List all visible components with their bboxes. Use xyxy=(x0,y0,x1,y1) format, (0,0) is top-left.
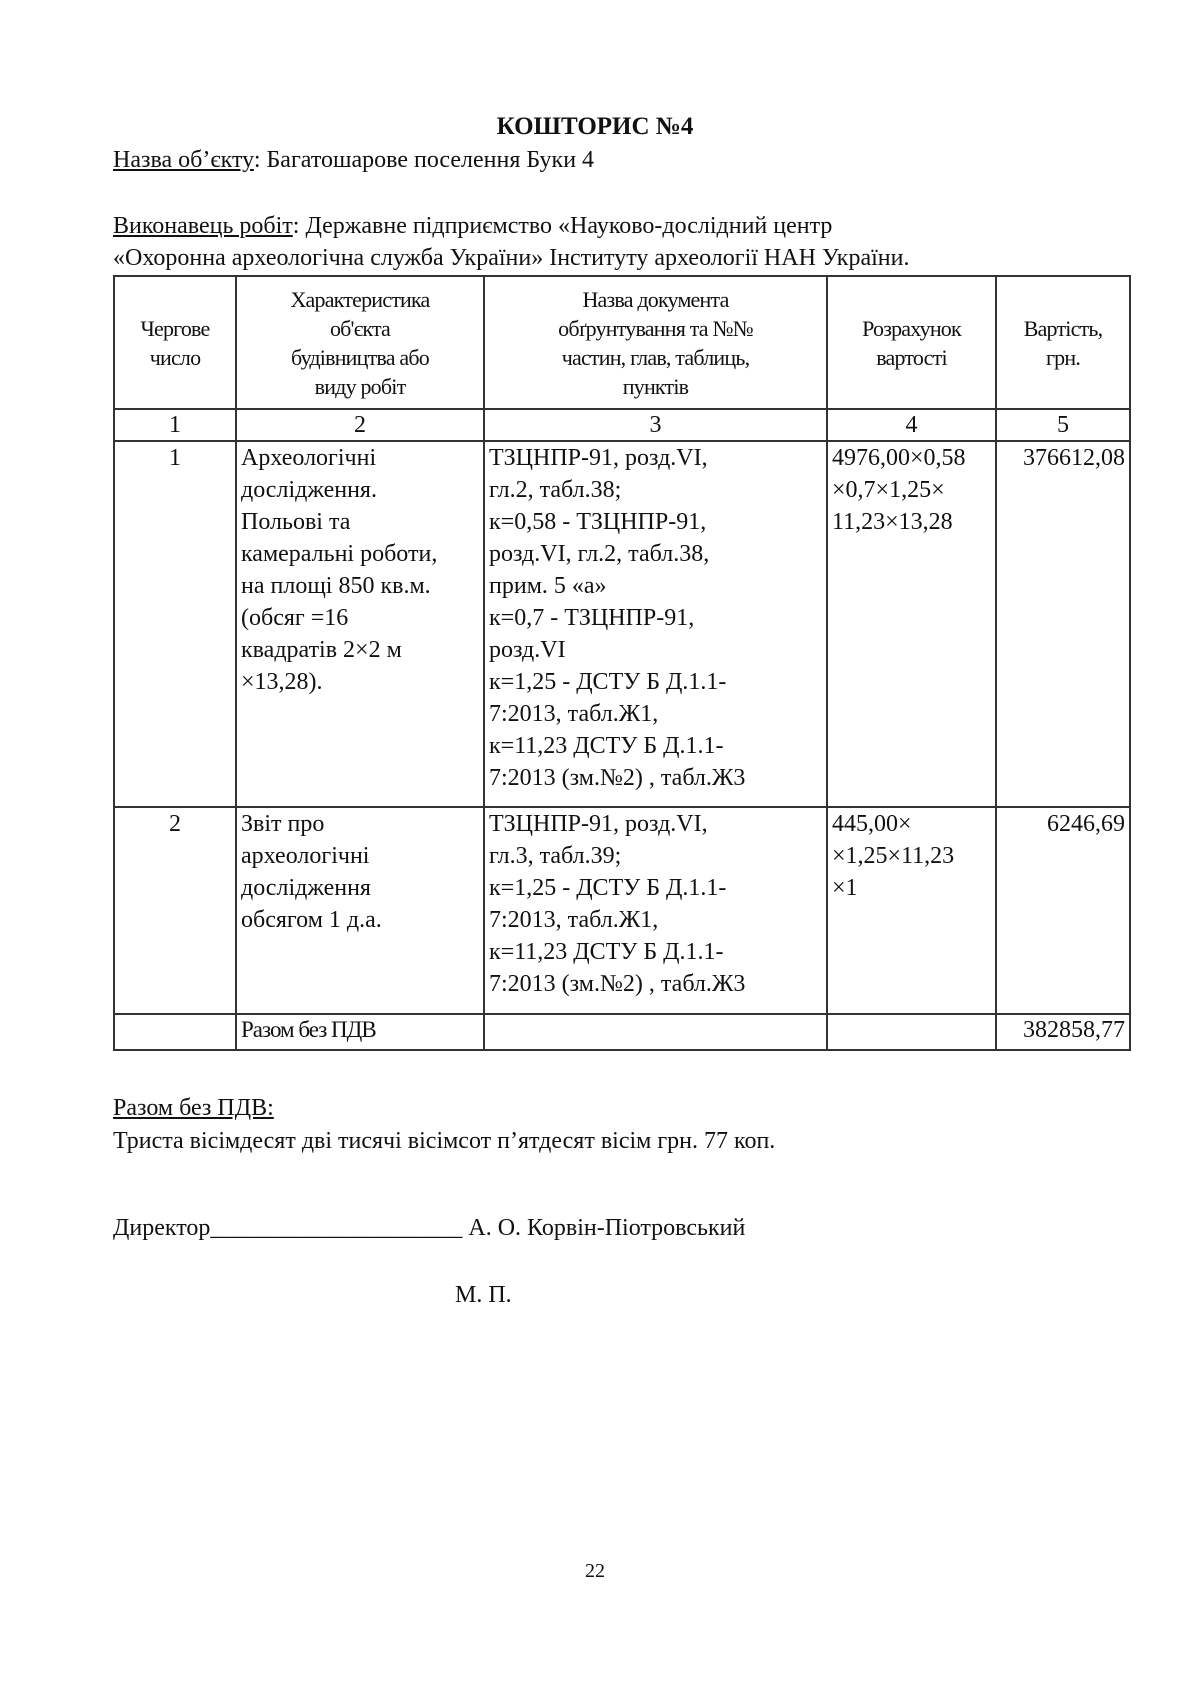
object-name-label: Назва об’єкту xyxy=(113,147,254,173)
object-name-line: Назва об’єкту: Багатошарове поселення Бу… xyxy=(113,147,594,174)
row-number: 2 xyxy=(114,807,236,1014)
header-description: Характеристикаоб'єктабудівництва абовиду… xyxy=(236,276,484,409)
cell-line: 7:2013 (зм.№2) , табл.Ж3 xyxy=(489,762,822,794)
cell-line: будівництва або xyxy=(241,343,479,372)
contractor-value-line2: «Охоронна археологічна служба України» І… xyxy=(113,245,909,272)
row-basis: ТЗЦНПР-91, розд.VI,гл.3, табл.39;к=1,25 … xyxy=(484,807,827,1014)
total-empty-cell xyxy=(827,1014,996,1050)
header-calculation: Розрахуноквартості xyxy=(827,276,996,409)
cell-line: обґрунтування та №№ xyxy=(489,314,822,343)
contractor-line: Виконавець робіт: Державне підприємство … xyxy=(113,213,832,240)
row-number: 1 xyxy=(114,441,236,807)
cell-line: Звіт про xyxy=(241,808,479,840)
cell-line: Назва документа xyxy=(489,285,822,314)
cell-line: к=0,58 - ТЗЦНПР-91, xyxy=(489,506,822,538)
row-calculation: 445,00××1,25×11,23×1 xyxy=(827,807,996,1014)
column-number: 1 xyxy=(114,409,236,441)
cell-line: гл.2, табл.38; xyxy=(489,474,822,506)
cell-line: к=1,25 - ДСТУ Б Д.1.1- xyxy=(489,872,822,904)
cell-line: частин, глав, таблиць, xyxy=(489,343,822,372)
cell-line: археологічні xyxy=(241,840,479,872)
row-description: Археологічнідослідження.Польові такамера… xyxy=(236,441,484,807)
cell-line: ТЗЦНПР-91, розд.VI, xyxy=(489,808,822,840)
row-cost: 6246,69 xyxy=(996,807,1130,1014)
column-number: 3 xyxy=(484,409,827,441)
total-row: Разом без ПДВ 382858,77 xyxy=(114,1014,1130,1050)
row-basis: ТЗЦНПР-91, розд.VI,гл.2, табл.38;к=0,58 … xyxy=(484,441,827,807)
cell-line: число xyxy=(119,343,231,372)
cell-line: ×0,7×1,25× xyxy=(832,474,991,506)
director-signature-line: Директор_____________________ А. О. Корв… xyxy=(113,1215,745,1242)
cell-line: к=11,23 ДСТУ Б Д.1.1- xyxy=(489,730,822,762)
cell-line: 7:2013 (зм.№2) , табл.Ж3 xyxy=(489,968,822,1000)
cell-line: к=11,23 ДСТУ Б Д.1.1- xyxy=(489,936,822,968)
cell-line: грн. xyxy=(1001,343,1125,372)
contractor-value: : Державне підприємство «Науково-дослідн… xyxy=(293,213,833,239)
row-cost: 376612,08 xyxy=(996,441,1130,807)
cell-line: 11,23×13,28 xyxy=(832,506,991,538)
cell-line: квадратів 2×2 м xyxy=(241,634,479,666)
footer-total-label: Разом без ПДВ: xyxy=(113,1095,274,1122)
cell-line: (обсяг =16 xyxy=(241,602,479,634)
cell-line: Чергове xyxy=(119,314,231,343)
cell-line: 445,00× xyxy=(832,808,991,840)
cell-line: розд.VI xyxy=(489,634,822,666)
total-empty-cell xyxy=(114,1014,236,1050)
total-label: Разом без ПДВ xyxy=(236,1014,484,1050)
column-number: 5 xyxy=(996,409,1130,441)
page-number: 22 xyxy=(0,1560,1190,1583)
cell-line: к=0,7 - ТЗЦНПР-91, xyxy=(489,602,822,634)
estimate-table: Черговечисло Характеристикаоб'єктабудівн… xyxy=(113,275,1131,1051)
cell-line: ×13,28). xyxy=(241,666,479,698)
column-number: 2 xyxy=(236,409,484,441)
cell-line: камеральні роботи, xyxy=(241,538,479,570)
document-title: КОШТОРИС №4 xyxy=(0,113,1190,141)
cell-line: об'єкта xyxy=(241,314,479,343)
cell-line: Характеристика xyxy=(241,285,479,314)
footer-total-words: Триста вісімдесят дві тисячі вісімсот п’… xyxy=(113,1128,775,1155)
cell-line: 7:2013, табл.Ж1, xyxy=(489,698,822,730)
table-row: 2 Звіт проархеологічнідослідженняобсягом… xyxy=(114,807,1130,1014)
column-number-row: 1 2 3 4 5 xyxy=(114,409,1130,441)
total-value: 382858,77 xyxy=(996,1014,1130,1050)
cell-line: дослідження. xyxy=(241,474,479,506)
object-name-value: : Багатошарове поселення Буки 4 xyxy=(254,147,594,173)
cell-line: прим. 5 «а» xyxy=(489,570,822,602)
total-empty-cell xyxy=(484,1014,827,1050)
column-number: 4 xyxy=(827,409,996,441)
cell-line: ×1,25×11,23 xyxy=(832,840,991,872)
cell-line: ТЗЦНПР-91, розд.VI, xyxy=(489,442,822,474)
cell-line: Археологічні xyxy=(241,442,479,474)
cell-line: виду робіт xyxy=(241,372,479,401)
cell-line: Вартість, xyxy=(1001,314,1125,343)
header-basis: Назва документаобґрунтування та №№частин… xyxy=(484,276,827,409)
director-label: Директор xyxy=(113,1215,210,1241)
cell-line: дослідження xyxy=(241,872,479,904)
cell-line: розд.VI, гл.2, табл.38, xyxy=(489,538,822,570)
stamp-place: М. П. xyxy=(455,1282,512,1309)
director-name: А. О. Корвін-Піотровський xyxy=(462,1215,745,1241)
cell-line: Польові та xyxy=(241,506,479,538)
row-calculation: 4976,00×0,58×0,7×1,25×11,23×13,28 xyxy=(827,441,996,807)
cell-line: ×1 xyxy=(832,872,991,904)
header-cost: Вартість,грн. xyxy=(996,276,1130,409)
table-header-row: Черговечисло Характеристикаоб'єктабудівн… xyxy=(114,276,1130,409)
cell-line: вартості xyxy=(832,343,991,372)
cell-line: на площі 850 кв.м. xyxy=(241,570,479,602)
table-row: 1 Археологічнідослідження.Польові такаме… xyxy=(114,441,1130,807)
cell-line: к=1,25 - ДСТУ Б Д.1.1- xyxy=(489,666,822,698)
contractor-label: Виконавець робіт xyxy=(113,213,293,239)
row-description: Звіт проархеологічнідослідженняобсягом 1… xyxy=(236,807,484,1014)
signature-blank: _____________________ xyxy=(210,1215,462,1241)
cell-line: 7:2013, табл.Ж1, xyxy=(489,904,822,936)
cell-line: обсягом 1 д.а. xyxy=(241,904,479,936)
cell-line: гл.3, табл.39; xyxy=(489,840,822,872)
header-number: Черговечисло xyxy=(114,276,236,409)
cell-line: 4976,00×0,58 xyxy=(832,442,991,474)
cell-line: пунктів xyxy=(489,372,822,401)
cell-line: Розрахунок xyxy=(832,314,991,343)
